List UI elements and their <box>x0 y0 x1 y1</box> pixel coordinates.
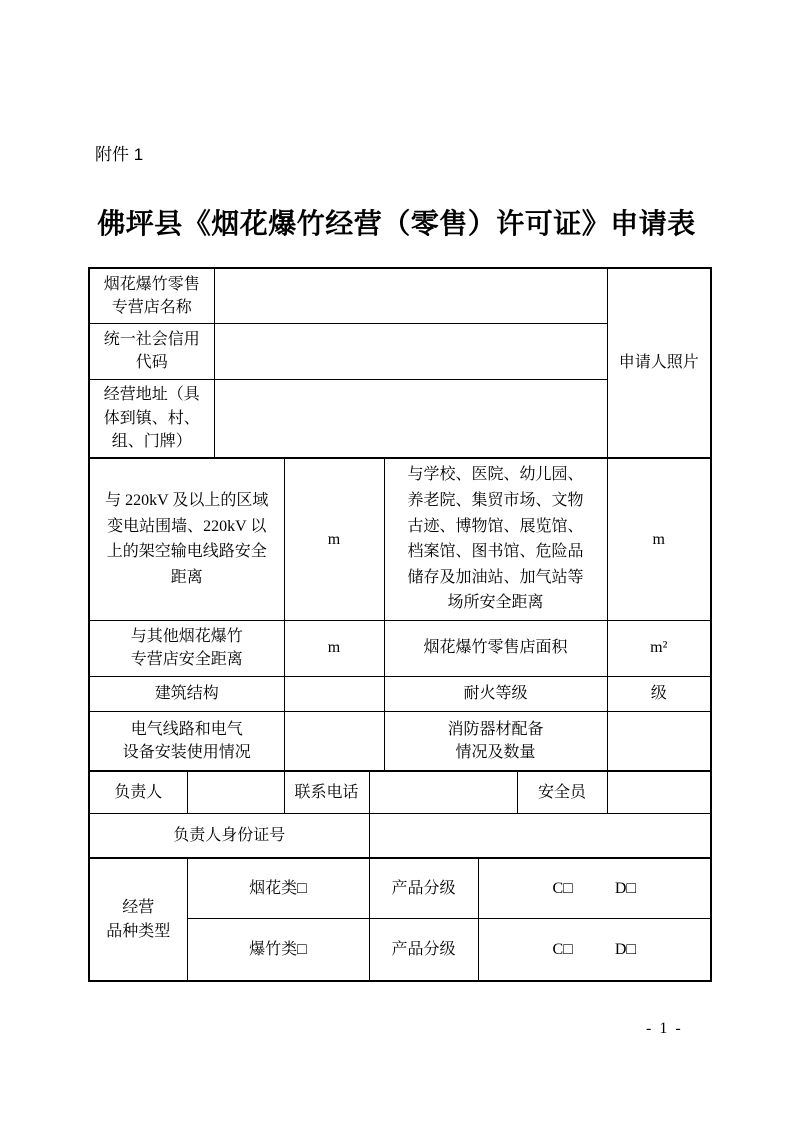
product-grading-label-fireworks: 产品分级 <box>369 858 478 918</box>
principal-input[interactable] <box>187 771 284 813</box>
store-area-label: 烟花爆竹零售店面积 <box>384 620 607 676</box>
safety-officer-label: 安全员 <box>517 771 607 813</box>
business-type-label: 经营 品种类型 <box>89 858 187 981</box>
firecracker-grade-d-checkbox[interactable]: D□ <box>615 938 636 961</box>
safety-officer-input[interactable] <box>607 771 711 813</box>
fireworks-type-checkbox[interactable]: 烟花类□ <box>187 858 369 918</box>
applicant-photo-cell: 申请人照片 <box>607 268 711 458</box>
public-places-distance-input[interactable]: m <box>607 458 711 620</box>
store-name-label: 烟花爆竹零售 专营店名称 <box>89 268 214 323</box>
firecracker-grades-cell: C□ D□ <box>478 918 711 981</box>
row-safety-distances: 与 220kV 及以上的区域 变电站围墙、220kV 以 上的架空输电线路安全 … <box>89 458 711 620</box>
fire-rating-input[interactable]: 级 <box>607 676 711 711</box>
page-title: 佛坪县《烟花爆竹经营（零售）许可证》申请表 <box>0 202 793 242</box>
phone-input[interactable] <box>369 771 517 813</box>
fireworks-grades-cell: C□ D□ <box>478 858 711 918</box>
row-personnel: 负责人 联系电话 安全员 <box>89 771 711 813</box>
phone-label: 联系电话 <box>284 771 369 813</box>
public-places-distance-label: 与学校、医院、幼儿园、 养老院、集贸市场、文物 古迹、博物馆、展览馆、 档案馆、… <box>384 458 607 620</box>
building-structure-input[interactable] <box>284 676 384 711</box>
credit-code-label: 统一社会信用 代码 <box>89 323 214 379</box>
credit-code-input[interactable] <box>214 323 607 379</box>
document-page: 附件 1 佛坪县《烟花爆竹经营（零售）许可证》申请表 烟花爆竹零售 专营店名称 … <box>0 0 793 1122</box>
page-number: - 1 - <box>646 1020 683 1038</box>
id-number-input[interactable] <box>369 813 711 858</box>
id-number-label: 负责人身份证号 <box>89 813 369 858</box>
principal-label: 负责人 <box>89 771 187 813</box>
store-name-input[interactable] <box>214 268 607 323</box>
row-structure-rating: 建筑结构 耐火等级 级 <box>89 676 711 711</box>
row-fireworks-type: 经营 品种类型 烟花类□ 产品分级 C□ D□ <box>89 858 711 918</box>
address-input[interactable] <box>214 379 607 458</box>
firecracker-grade-c-checkbox[interactable]: C□ <box>552 938 572 961</box>
product-grading-label-firecracker: 产品分级 <box>369 918 478 981</box>
row-id-number: 负责人身份证号 <box>89 813 711 858</box>
other-stores-distance-label: 与其他烟花爆竹 专营店安全距离 <box>89 620 284 676</box>
fireworks-grade-c-checkbox[interactable]: C□ <box>552 877 572 900</box>
store-area-input[interactable]: m² <box>607 620 711 676</box>
fire-equipment-input[interactable] <box>607 711 711 771</box>
row-store-name: 烟花爆竹零售 专营店名称 申请人照片 <box>89 268 711 323</box>
firecracker-type-checkbox[interactable]: 爆竹类□ <box>187 918 369 981</box>
application-form-table: 烟花爆竹零售 专营店名称 申请人照片 统一社会信用 代码 经营地址（具 体到镇、… <box>88 267 712 982</box>
row-store-distance-area: 与其他烟花爆竹 专营店安全距离 m 烟花爆竹零售店面积 m² <box>89 620 711 676</box>
electrical-input[interactable] <box>284 711 384 771</box>
building-structure-label: 建筑结构 <box>89 676 284 711</box>
fire-equipment-label: 消防器材配备 情况及数量 <box>384 711 607 771</box>
fireworks-grade-d-checkbox[interactable]: D□ <box>615 877 636 900</box>
substation-distance-input[interactable]: m <box>284 458 384 620</box>
address-label: 经营地址（具 体到镇、村、 组、门牌） <box>89 379 214 458</box>
row-electrical-fire-equipment: 电气线路和电气 设备安装使用情况 消防器材配备 情况及数量 <box>89 711 711 771</box>
attachment-label: 附件 1 <box>95 140 143 165</box>
other-stores-distance-input[interactable]: m <box>284 620 384 676</box>
fire-rating-label: 耐火等级 <box>384 676 607 711</box>
substation-distance-label: 与 220kV 及以上的区域 变电站围墙、220kV 以 上的架空输电线路安全 … <box>89 458 284 620</box>
electrical-label: 电气线路和电气 设备安装使用情况 <box>89 711 284 771</box>
